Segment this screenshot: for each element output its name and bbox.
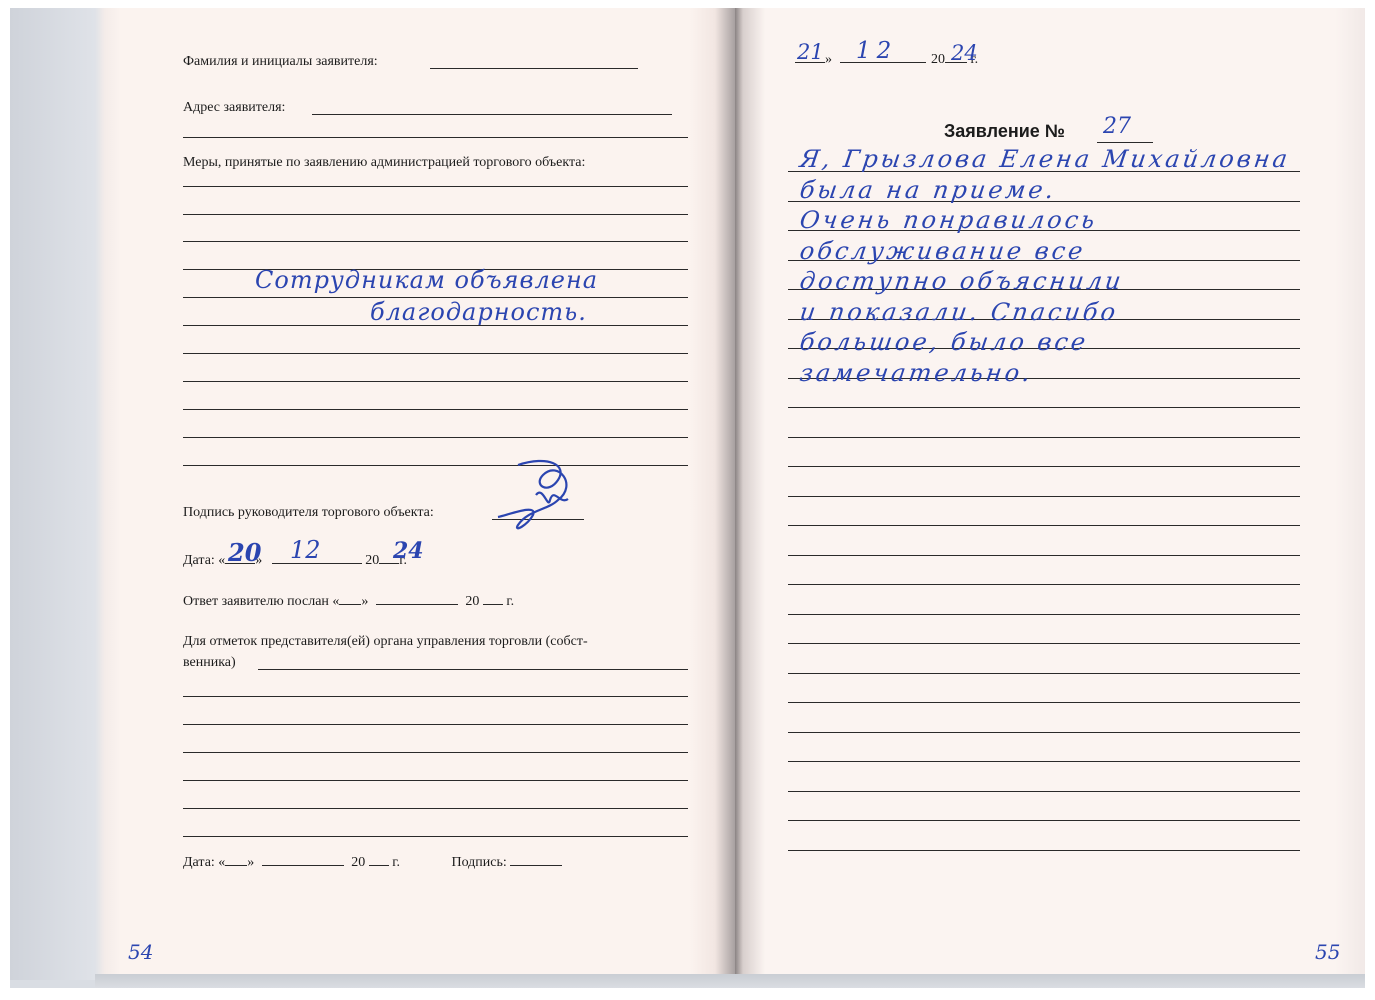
measures-line[interactable] xyxy=(183,214,688,215)
measures-line[interactable] xyxy=(183,465,688,466)
statement-line[interactable] xyxy=(788,555,1300,556)
authority-notes-line[interactable] xyxy=(183,724,688,725)
authority-notes-label-1: Для отметок представителя(ей) органа упр… xyxy=(183,634,588,650)
measures-line[interactable] xyxy=(183,186,688,187)
authority-notes-line[interactable] xyxy=(183,808,688,809)
statement-title: Заявление № xyxy=(944,121,1065,142)
authority-notes-line[interactable] xyxy=(183,752,688,753)
statement-line[interactable] xyxy=(788,850,1300,851)
authority-notes-line[interactable] xyxy=(183,696,688,697)
statement-handwritten-line: Я, Грызлова Елена Михайловна xyxy=(798,145,1292,173)
applicant-address-field[interactable] xyxy=(312,114,672,115)
statement-handwritten-line: Очень понравилось xyxy=(798,206,1099,234)
date-month-handwritten: 12 xyxy=(290,536,321,564)
statement-line[interactable] xyxy=(788,643,1300,644)
statement-line[interactable] xyxy=(788,437,1300,438)
statement-line[interactable] xyxy=(788,673,1300,674)
statement-line[interactable] xyxy=(788,702,1300,703)
statement-handwritten-line: была на приеме. xyxy=(798,176,1058,204)
statement-line[interactable] xyxy=(788,407,1300,408)
header-date-year-handwritten: 24 xyxy=(951,41,978,65)
applicant-address-label: Адрес заявителя: xyxy=(183,100,285,116)
statement-line[interactable] xyxy=(788,614,1300,615)
page-number-right: 55 xyxy=(1315,940,1340,964)
header-date-day-handwritten: 21 xyxy=(797,40,824,64)
measures-line[interactable] xyxy=(183,381,688,382)
measures-label: Меры, принятые по заявлению администраци… xyxy=(183,155,585,171)
statement-line[interactable] xyxy=(788,496,1300,497)
measures-handwritten-line2: благодарность. xyxy=(370,298,587,326)
authority-notes-field[interactable] xyxy=(258,669,688,670)
header-date-month-handwritten: 12 xyxy=(856,38,897,64)
statement-line[interactable] xyxy=(788,732,1300,733)
applicant-name-label: Фамилия и инициалы заявителя: xyxy=(183,54,378,70)
page-edge xyxy=(95,974,1365,988)
manager-signature xyxy=(488,455,583,535)
statement-line[interactable] xyxy=(788,791,1300,792)
measures-line[interactable] xyxy=(183,353,688,354)
statement-number-field xyxy=(1097,142,1153,143)
applicant-address-field-line2[interactable] xyxy=(183,137,688,138)
measures-line[interactable] xyxy=(183,437,688,438)
bottom-date-label: Дата: «» 20 г. Подпись: xyxy=(183,853,562,871)
statement-number-handwritten: 27 xyxy=(1103,114,1131,139)
statement-line[interactable] xyxy=(788,525,1300,526)
page-number-left: 54 xyxy=(128,940,153,964)
statement-line[interactable] xyxy=(788,820,1300,821)
measures-line[interactable] xyxy=(183,241,688,242)
left-page-54 xyxy=(10,8,735,980)
statement-line[interactable] xyxy=(788,584,1300,585)
statement-handwritten-line: и показали. Спасибо xyxy=(798,298,1120,326)
date-year-handwritten: 24 xyxy=(393,538,424,564)
reply-sent-label: Ответ заявителю послан «» 20 г. xyxy=(183,592,514,610)
measures-line[interactable] xyxy=(183,409,688,410)
statement-handwritten-line: обслуживание все xyxy=(798,237,1087,265)
authority-notes-line[interactable] xyxy=(183,780,688,781)
manager-signature-label: Подпись руководителя торгового объекта: xyxy=(183,505,434,521)
statement-handwritten-line: доступно объяснили xyxy=(798,267,1125,295)
statement-handwritten-line: замечательно. xyxy=(798,359,1035,387)
statement-handwritten-line: большое, было все xyxy=(798,328,1090,356)
measures-handwritten-line1: Сотрудникам объявлена xyxy=(255,266,598,294)
date-day-handwritten: 20 xyxy=(228,538,261,567)
statement-line[interactable] xyxy=(788,466,1300,467)
authority-notes-label-2: венника) xyxy=(183,655,236,671)
statement-line[interactable] xyxy=(788,761,1300,762)
authority-notes-line[interactable] xyxy=(183,836,688,837)
applicant-name-field[interactable] xyxy=(430,68,638,69)
